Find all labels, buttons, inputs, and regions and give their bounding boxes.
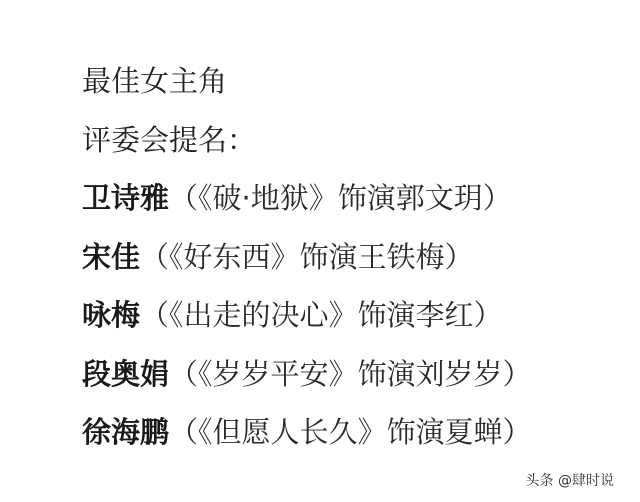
nominee-row: 咏梅（《出走的决心》饰演李红） — [82, 286, 622, 345]
nominee-name: 咏梅 — [82, 298, 140, 332]
watermark: 头条 @肆时说 — [526, 470, 614, 490]
nominee-detail: （《破·地狱》饰演郭文玥） — [169, 181, 512, 215]
nominee-row: 徐海鹏（《但愿人长久》饰演夏蝉） — [82, 403, 622, 462]
nominee-row: 宋佳（《好东西》饰演王铁梅） — [82, 228, 622, 287]
nominee-row: 卫诗雅（《破·地狱》饰演郭文玥） — [82, 169, 622, 228]
nomination-subtitle: 评委会提名： — [82, 111, 622, 170]
nominee-detail: （《好东西》饰演王铁梅） — [140, 240, 474, 274]
nominee-row: 段奥娟（《岁岁平安》饰演刘岁岁） — [82, 345, 622, 404]
nominee-name: 段奥娟 — [82, 357, 169, 391]
nominee-name: 宋佳 — [82, 240, 140, 274]
nominee-detail: （《但愿人长久》饰演夏蝉） — [169, 415, 532, 449]
document-body: 最佳女主角 评委会提名： 卫诗雅（《破·地狱》饰演郭文玥） 宋佳（《好东西》饰演… — [82, 52, 622, 462]
nominee-detail: （《岁岁平安》饰演刘岁岁） — [169, 357, 532, 391]
nominee-detail: （《出走的决心》饰演李红） — [140, 298, 503, 332]
nominee-name: 卫诗雅 — [82, 181, 169, 215]
nominee-name: 徐海鹏 — [82, 415, 169, 449]
award-category: 最佳女主角 — [82, 52, 622, 111]
